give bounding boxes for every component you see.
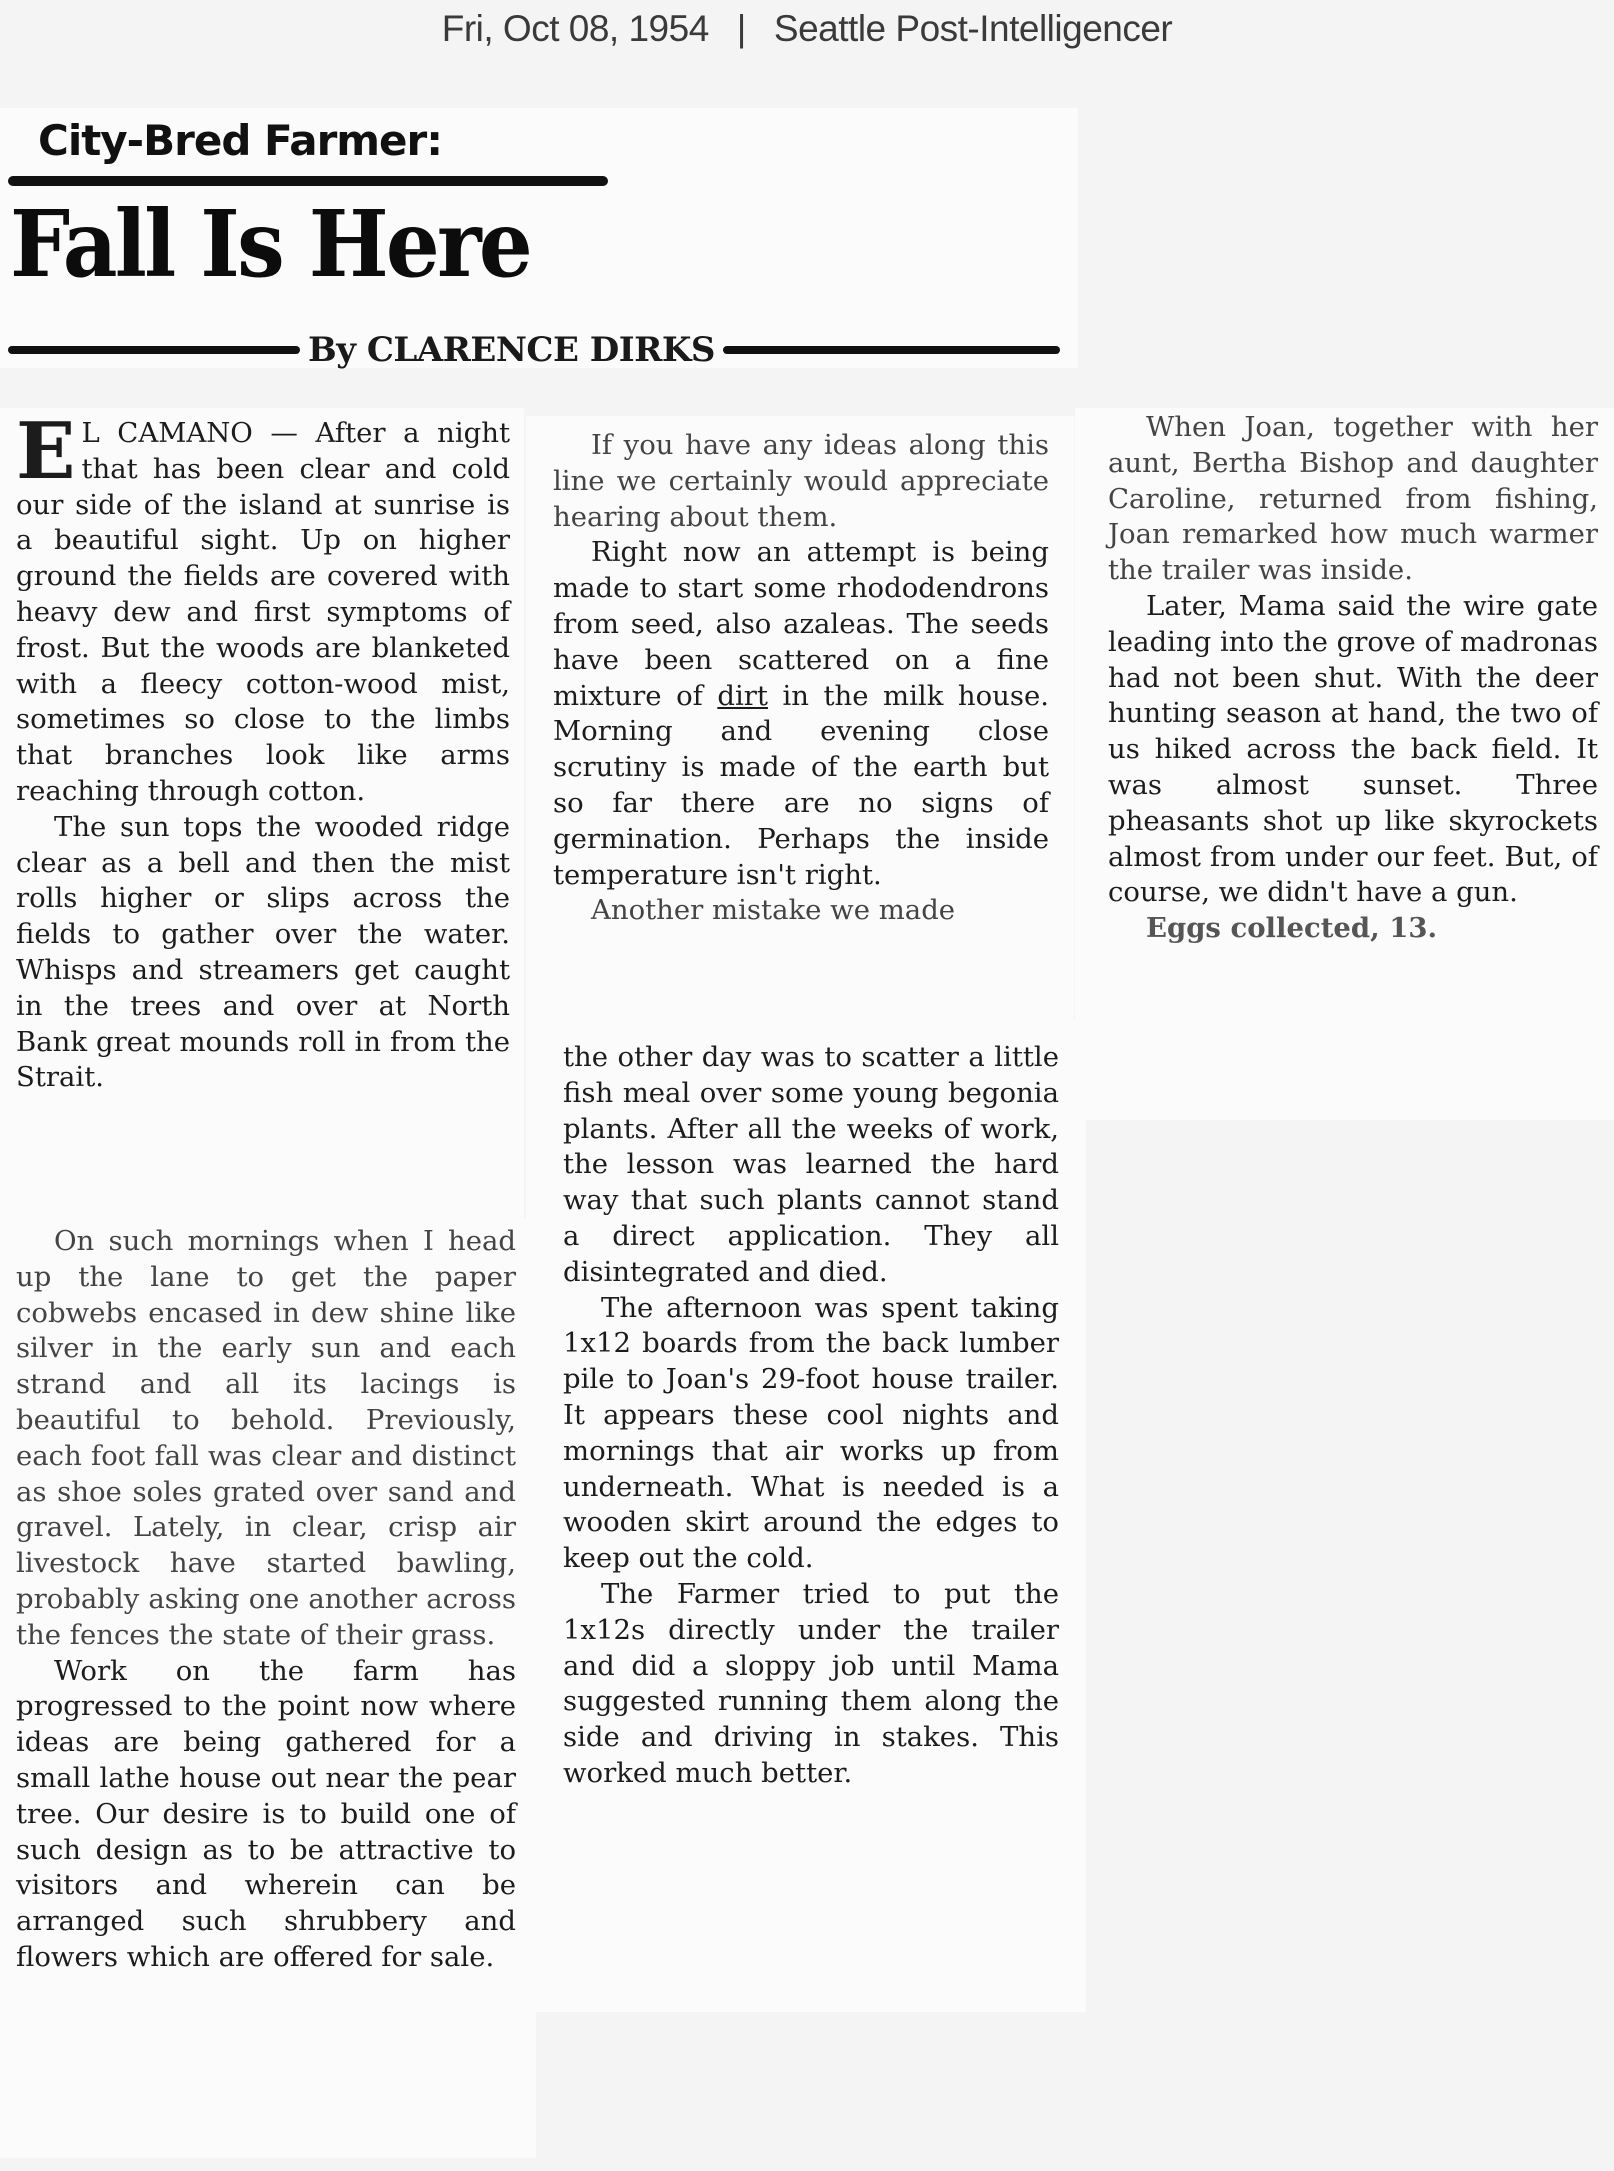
article-byline: By CLARENCE DIRKS — [300, 330, 723, 370]
article-column-1-continued: On such mornings when I head up the lane… — [16, 1224, 516, 1976]
byline-rule-right — [723, 346, 1060, 354]
article-column-2: If you have any ideas along this line we… — [553, 428, 1049, 929]
publication-name: Seattle Post-Intelligencer — [774, 8, 1172, 49]
article-headline: Fall Is Here — [10, 190, 530, 298]
paragraph-5: If you have any ideas along this line we… — [553, 428, 1049, 535]
paragraph-4: Work on the farm has progressed to the p… — [16, 1654, 516, 1976]
dateline-header: Fri, Oct 08, 1954|Seattle Post-Intellige… — [0, 8, 1614, 50]
paragraph-3: On such mornings when I head up the lane… — [16, 1224, 516, 1654]
byline-rule-left — [8, 346, 300, 354]
paragraph-10: When Joan, together with her aunt, Berth… — [1108, 410, 1598, 589]
dateline-separator: | — [737, 8, 746, 49]
underlined-word: dirt — [717, 680, 768, 712]
paragraph-1: EL CAMANO — After a night that has been … — [16, 416, 510, 810]
article-kicker: City-Bred Farmer: — [38, 116, 442, 165]
kicker-rule — [8, 176, 608, 186]
byline-row: By CLARENCE DIRKS — [8, 330, 1060, 370]
article-column-1: EL CAMANO — After a night that has been … — [16, 416, 510, 1096]
drop-cap: E — [16, 420, 75, 484]
article-column-3: When Joan, together with her aunt, Berth… — [1108, 410, 1598, 947]
paragraph-11: Later, Mama said the wire gate leading i… — [1108, 589, 1598, 911]
paragraph-8: The afternoon was spent taking 1x12 boar… — [563, 1291, 1059, 1577]
paragraph-7-continued: the other day was to scatter a little fi… — [563, 1040, 1059, 1291]
eggs-collected-note: Eggs collected, 13. — [1108, 911, 1598, 947]
article-column-2-continued: the other day was to scatter a little fi… — [563, 1040, 1059, 1792]
paragraph-6: Right now an attempt is being made to st… — [553, 535, 1049, 893]
paragraph-9: The Farmer tried to put the 1x12s direct… — [563, 1577, 1059, 1792]
paragraph-2: The sun tops the wooded ridge clear as a… — [16, 810, 510, 1096]
paragraph-1-text: L CAMANO — After a night that has been c… — [16, 417, 510, 807]
publication-date: Fri, Oct 08, 1954 — [442, 8, 709, 49]
paragraph-7-start: Another mistake we made — [553, 893, 1049, 929]
